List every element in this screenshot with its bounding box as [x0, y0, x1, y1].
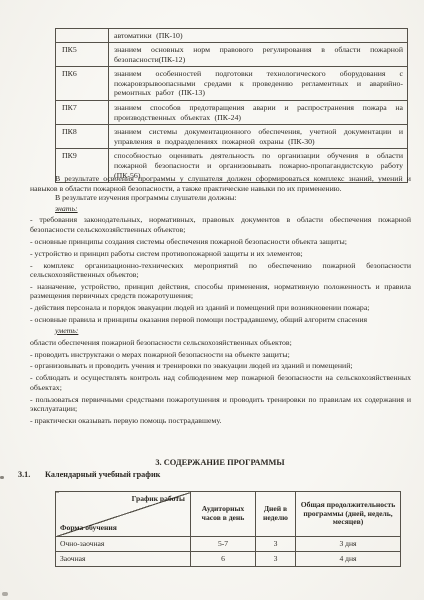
- scan-artifact: [2, 592, 8, 596]
- study-paragraph: В результате изучения программы слушател…: [30, 193, 411, 203]
- competency-desc-cell: знанием особенностей подготовки технолог…: [109, 67, 408, 101]
- table-row: автоматики (ПК-10): [56, 29, 408, 43]
- intro-paragraph: В результате освоения программы у слушат…: [30, 174, 411, 193]
- able-label: уметь:: [30, 326, 411, 336]
- list-item: - требования законодательных, нормативны…: [30, 215, 411, 234]
- table-row: ПК7 знанием способов предотвращения авар…: [56, 101, 408, 125]
- list-item: - основные принципы создания системы обе…: [30, 237, 411, 247]
- scan-artifact: [0, 476, 4, 479]
- list-item: - проводить инструктажи о мерах пожарной…: [30, 350, 411, 360]
- competency-code-cell: ПК5: [56, 43, 109, 67]
- schedule-table: График работы Форма обучения Аудиторных …: [55, 491, 401, 567]
- competency-desc-cell: знанием основных норм правового регулиро…: [109, 43, 408, 67]
- list-item: - организовывать и проводить учения и тр…: [30, 361, 411, 371]
- duration-cell: 3 дня: [296, 537, 401, 552]
- scanned-document-page: автоматики (ПК-10) ПК5 знанием основных …: [0, 0, 424, 600]
- list-item: - практически оказывать первую помощь по…: [30, 416, 411, 426]
- competency-code-cell: [56, 29, 109, 43]
- competency-table: автоматики (ПК-10) ПК5 знанием основных …: [55, 28, 408, 183]
- table-row: Очно-заочная 5-7 3 3 дня: [56, 537, 401, 552]
- table-row: ПК8 знанием системы документационного об…: [56, 125, 408, 149]
- table-row: ПК5 знанием основных норм правового регу…: [56, 43, 408, 67]
- days-cell: 3: [256, 537, 296, 552]
- days-cell: 3: [256, 552, 296, 567]
- competency-desc-cell: знанием способов предотвращения аварии и…: [109, 101, 408, 125]
- body-text-block: В результате освоения программы у слушат…: [30, 174, 411, 426]
- section-heading: 3. СОДЕРЖАНИЕ ПРОГРАММЫ: [30, 458, 410, 467]
- table-header-row: График работы Форма обучения Аудиторных …: [56, 492, 401, 537]
- hours-cell: 5-7: [191, 537, 256, 552]
- list-item: области обеспечения пожарной безопасност…: [30, 338, 411, 348]
- table-row: Заочная 6 3 4 дня: [56, 552, 401, 567]
- list-item: - пользоваться первичными средствами пож…: [30, 395, 411, 414]
- header-cell-duration: Общая продолжительность программы (дней,…: [296, 492, 401, 537]
- competency-code-cell: ПК6: [56, 67, 109, 101]
- diagonal-top-label: График работы: [132, 495, 185, 504]
- subsection-number: 3.1.: [18, 470, 45, 479]
- header-cell-hours: Аудиторных часов в день: [191, 492, 256, 537]
- list-item: - назначение, устройство, принцип действ…: [30, 282, 411, 301]
- list-item: - действия персонала и порядок эвакуации…: [30, 303, 411, 313]
- diagonal-bottom-label: Форма обучения: [60, 524, 117, 533]
- competency-desc-cell: знанием системы документационного обеспе…: [109, 125, 408, 149]
- list-item: - комплекс организационно-технических ме…: [30, 261, 411, 280]
- form-cell: Очно-заочная: [56, 537, 191, 552]
- list-item: - устройство и принцип работы систем про…: [30, 249, 411, 259]
- subsection-title: Календарный учебный график: [45, 470, 160, 479]
- competency-desc-cell: автоматики (ПК-10): [109, 29, 408, 43]
- subsection-heading: 3.1. Календарный учебный график: [18, 470, 408, 479]
- hours-cell: 6: [191, 552, 256, 567]
- list-item: - основные правила и принципы оказания п…: [30, 315, 411, 325]
- header-cell-days: Дней в неделю: [256, 492, 296, 537]
- competency-code-cell: ПК7: [56, 101, 109, 125]
- know-label: знать:: [30, 204, 411, 214]
- duration-cell: 4 дня: [296, 552, 401, 567]
- competency-code-cell: ПК8: [56, 125, 109, 149]
- diagonal-header-cell: График работы Форма обучения: [56, 492, 191, 537]
- form-cell: Заочная: [56, 552, 191, 567]
- table-row: ПК6 знанием особенностей подготовки техн…: [56, 67, 408, 101]
- list-item: - соблюдать и осуществлять контроль над …: [30, 373, 411, 392]
